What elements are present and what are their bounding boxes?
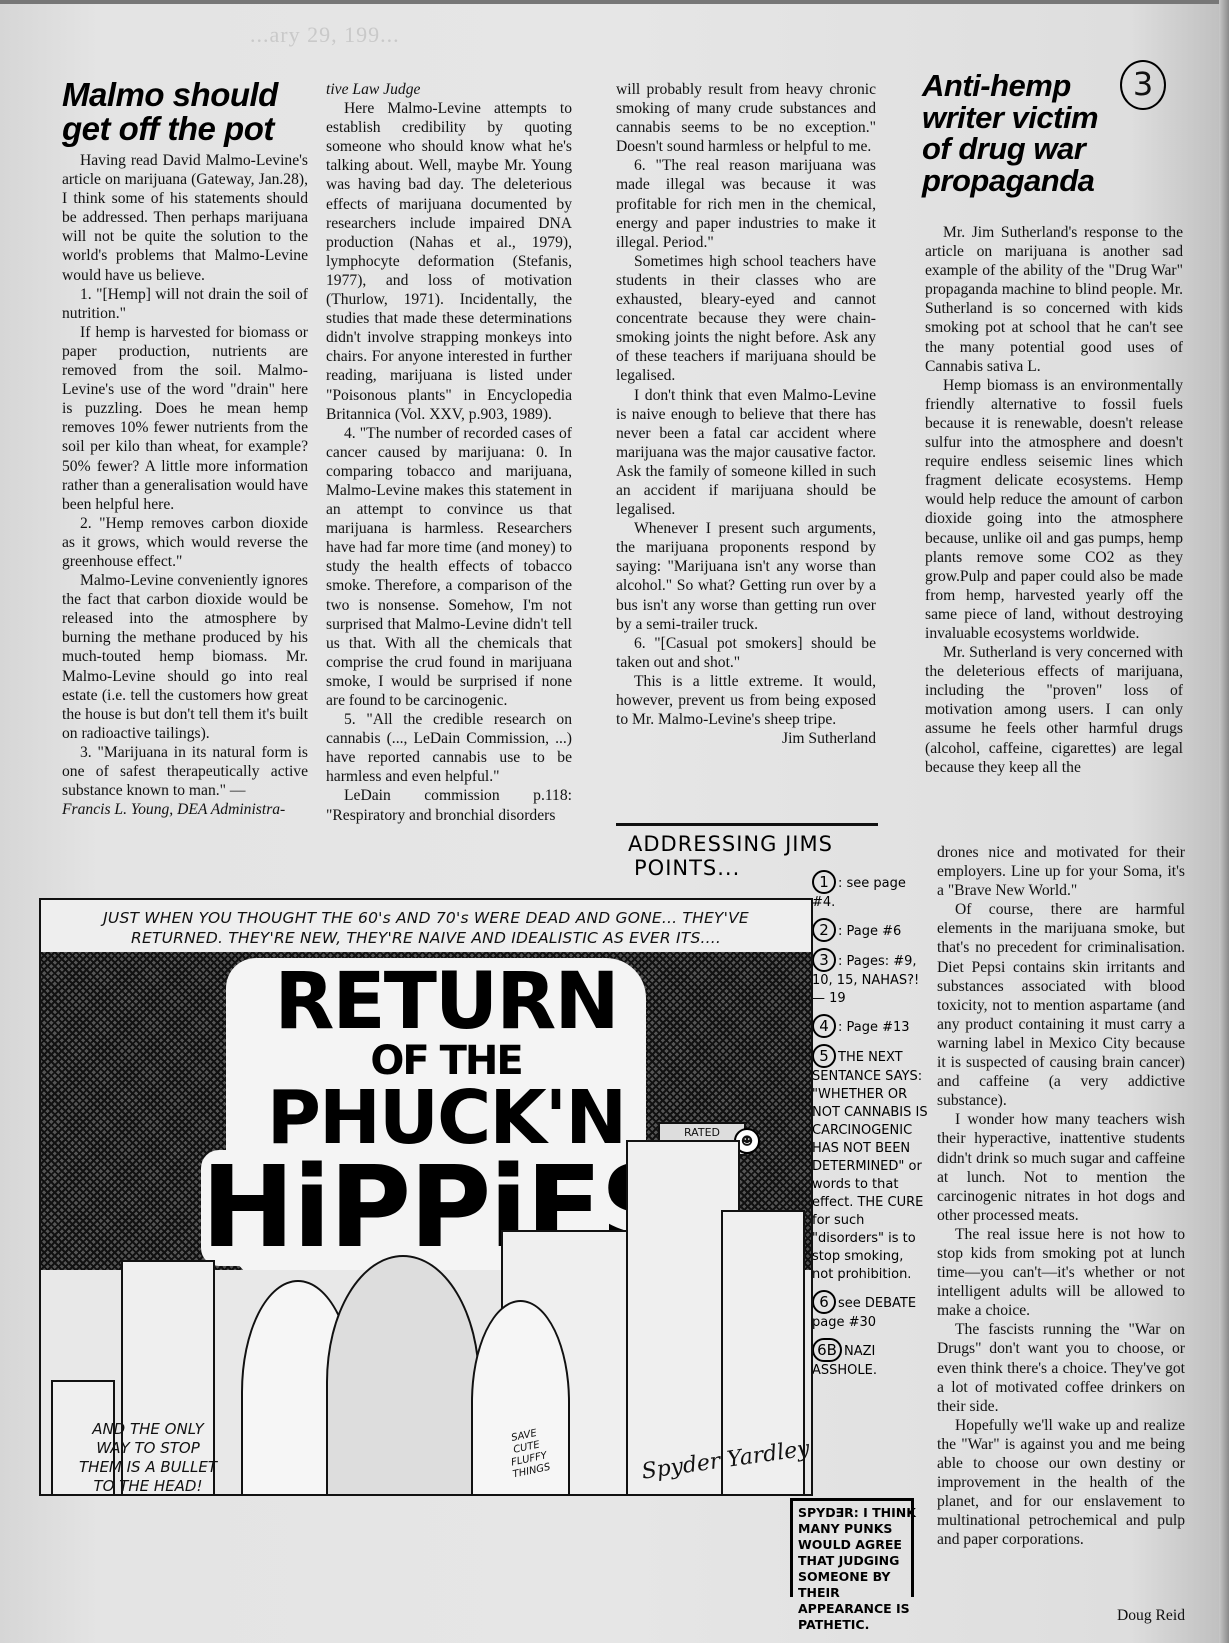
headline-line: Anti-hemp [922, 70, 1098, 102]
paragraph: Hemp biomass is an environmentally frien… [925, 376, 1183, 643]
circled-6b: 6B [812, 1338, 842, 1362]
paragraph: This is a little extreme. It would, howe… [616, 672, 876, 729]
column-1: Having read David Malmo-Levine's article… [62, 151, 308, 819]
note-item-5: 5THE NEXT SENTANCE SAYS: "WHETHER OR NOT… [812, 1044, 928, 1284]
cartoon-caption: JUST WHEN YOU THOUGHT THE 60's AND 70's … [51, 908, 801, 948]
column-2: tive Law Judge Here Malmo-Levine attempt… [326, 80, 572, 825]
caption-line: TO THE HEAD! [63, 1477, 233, 1496]
note-item-3: 3: Pages: #9, 10, 15, NAHAS?! — 19 [812, 948, 928, 1008]
note-text: : Page #13 [838, 1020, 910, 1035]
paragraph: I wonder how many teachers wish their hy… [937, 1110, 1185, 1225]
note-item-1: 1: see page #4. [812, 870, 928, 912]
circled-number-annotation: 3 [1120, 60, 1166, 110]
note-item-6b: 6BNAZI ASSHOLE. [812, 1338, 928, 1380]
paragraph: Malmo-Levine conveniently ignores the fa… [62, 571, 308, 743]
paragraph: will probably result from heavy chronic … [616, 80, 876, 156]
caption-line: WAY TO STOP [63, 1439, 233, 1458]
caption-line: JUST WHEN YOU THOUGHT THE 60's AND 70's … [51, 908, 801, 928]
paragraph: The fascists running the "War on Drugs" … [937, 1320, 1185, 1415]
headline-line: of drug war [922, 133, 1098, 165]
paragraph: drones nice and motivated for their empl… [937, 843, 1185, 900]
paragraph: Mr. Sutherland is very concerned with th… [925, 643, 1183, 777]
paragraph: Mr. Jim Sutherland's response to the art… [925, 223, 1183, 376]
paragraph: 6. "The real reason marijuana was made i… [616, 156, 876, 251]
paragraph: Hopefully we'll wake up and realize the … [937, 1416, 1185, 1550]
byline-doug-reid: Doug Reid [1020, 1606, 1185, 1625]
byline-jim-sutherland: Jim Sutherland [616, 729, 876, 748]
paragraph: Of course, there are harmful elements in… [937, 900, 1185, 1110]
headline-anti-hemp: Anti-hemp writer victim of drug war prop… [922, 70, 1098, 196]
circled-4: 4 [812, 1014, 836, 1038]
caption-line: AND THE ONLY [63, 1420, 233, 1439]
circled-2: 2 [812, 918, 836, 942]
headline-malmo: Malmo should get off the pot [62, 78, 278, 145]
spyder-note: SPYD∃R: I THINK MANY PUNKS WOULD AGREE T… [798, 1505, 928, 1633]
hippie-figure-center [326, 1255, 480, 1496]
column-3: will probably result from heavy chronic … [616, 80, 876, 748]
note-text: THE NEXT SENTANCE SAYS: "WHETHER OR NOT … [812, 1050, 928, 1282]
column-4-top: Mr. Jim Sutherland's response to the art… [925, 223, 1183, 777]
paragraph: Whenever I present such arguments, the m… [616, 519, 876, 634]
headline-line: writer victim [922, 102, 1098, 134]
paragraph: 6. "[Casual pot smokers] should be taken… [616, 634, 876, 672]
headline-line: propaganda [922, 165, 1098, 197]
note-item-4: 4: Page #13 [812, 1014, 928, 1038]
paragraph: LeDain commission p.118: "Respiratory an… [326, 786, 572, 824]
cartoon-return-of-the-hippies: JUST WHEN YOU THOUGHT THE 60's AND 70's … [39, 898, 813, 1496]
circled-1: 1 [812, 870, 836, 894]
note-text: : Page #6 [838, 924, 901, 939]
handwritten-line: POINTS... [628, 856, 833, 880]
paragraph-attribution: Francis L. Young, DEA Administra- [62, 800, 308, 819]
paragraph: 4. "The number of recorded cases of canc… [326, 424, 572, 710]
column-4-bottom: drones nice and motivated for their empl… [937, 843, 1185, 1549]
caption-line: THEM IS A BULLET [63, 1458, 233, 1477]
faded-header-date: ...ary 29, 199... [250, 22, 400, 48]
headline-line: Malmo should [62, 78, 278, 112]
paragraph-attribution: tive Law Judge [326, 80, 572, 99]
handwritten-line: ADDRESSING JIMS [628, 832, 833, 856]
handwritten-notes-list: 1: see page #4. 2: Page #6 3: Pages: #9,… [812, 870, 928, 1380]
paragraph: Having read David Malmo-Levine's article… [62, 151, 308, 285]
paragraph: If hemp is harvested for biomass or pape… [62, 323, 308, 514]
paragraph: Here Malmo-Levine attempts to establish … [326, 99, 572, 424]
paragraph: 2. "Hemp removes carbon dioxide as it gr… [62, 514, 308, 571]
newspaper-page: ...ary 29, 199... Malmo should get off t… [0, 0, 1229, 1643]
circled-6: 6 [812, 1290, 836, 1314]
paragraph: The real issue here is not how to stop k… [937, 1225, 1185, 1320]
cartoon-title-return: RETURN [256, 962, 636, 1042]
paragraph: 1. "[Hemp] will not drain the soil of nu… [62, 285, 308, 323]
circled-5: 5 [812, 1044, 836, 1068]
page-top-edge [0, 0, 1229, 4]
caption-line: RETURNED. THEY'RE NEW, THEY'RE NAIVE AND… [51, 928, 801, 948]
page-right-edge [1219, 0, 1229, 1643]
circled-3: 3 [812, 948, 836, 972]
handwritten-heading: ADDRESSING JIMS POINTS... [628, 832, 833, 880]
byline-container: Doug Reid [1020, 1606, 1185, 1625]
paragraph: 3. "Marijuana in its natural form is one… [62, 743, 308, 800]
column-rule [616, 823, 878, 826]
headline-line: get off the pot [62, 112, 278, 146]
note-item-6: 6see DEBATE page #30 [812, 1290, 928, 1332]
paragraph: 5. "All the credible research on cannabi… [326, 710, 572, 786]
rated-line: RATED [660, 1126, 744, 1139]
note-item-2: 2: Page #6 [812, 918, 928, 942]
paragraph: Sometimes high school teachers have stud… [616, 252, 876, 386]
paragraph: I don't think that even Malmo-Levine is … [616, 386, 876, 520]
cartoon-bottom-caption: AND THE ONLY WAY TO STOP THEM IS A BULLE… [63, 1420, 233, 1496]
